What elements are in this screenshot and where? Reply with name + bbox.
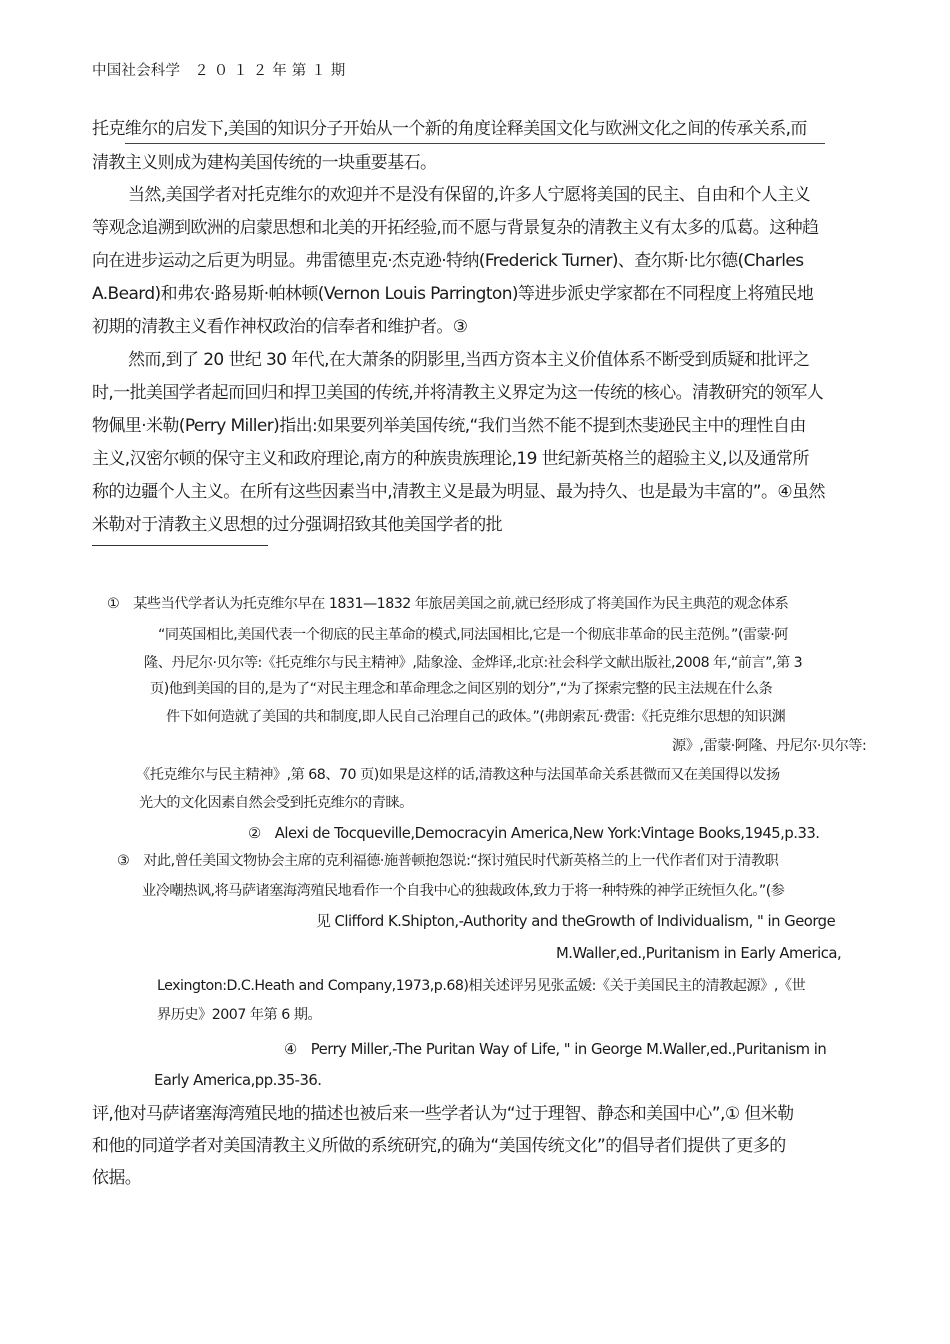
footnote-marker: ④ [284, 1040, 297, 1060]
footnote-line: ④Perry Miller,-The Puritan Way of Life, … [284, 1040, 826, 1060]
footnote-line: M.Waller,ed.,Puritanism in Early America… [556, 944, 841, 964]
body-line: 称的边疆个人主义。在所有这些因素当中,清教主义是最为明显、最为持久、也是最为丰富… [92, 481, 825, 503]
body-line: 和他的同道学者对美国清教主义所做的系统研究,的确为“美国传统文化”的倡导者们提供… [92, 1135, 786, 1157]
body-line: 当然,美国学者对托克维尔的欢迎并不是没有保留的,许多人宁愿将美国的民主、自由和个… [128, 184, 810, 206]
text-underline [125, 143, 825, 144]
footnote-line: 源》,雷蒙·阿隆、丹尼尔·贝尔等: [672, 736, 866, 756]
footnote-line: 见 Clifford K.Shipton,-Authority and theG… [316, 912, 835, 932]
body-line: 托克维尔的启发下,美国的知识分子开始从一个新的角度诠释美国文化与欧洲文化之间的传… [92, 118, 807, 140]
journal-name: 中国社会科学 [92, 63, 180, 79]
footnote-line: Early America,pp.35-36. [154, 1071, 322, 1091]
footnote-line: 《托克维尔与民主精神》,第 68、70 页)如果是这样的话,清教这种与法国革命关… [136, 765, 780, 785]
body-line: 依据。 [92, 1167, 141, 1189]
footnote-marker: ③ [117, 851, 129, 871]
footnote-line: ②Alexi de Tocqueville,Democracyin Americ… [248, 824, 820, 844]
running-header: 中国社会科学２０１２年第１期 [92, 59, 350, 80]
body-line: 清教主义则成为建构美国传统的一块重要基石。 [92, 152, 436, 174]
footnote-line: 光大的文化因素自然会受到托克维尔的青睐。 [139, 793, 413, 813]
footnote-line: 业冷嘲热讽,将马萨诸塞海湾殖民地看作一个自我中心的独裁政体,致力于将一种特殊的神… [142, 881, 784, 901]
footnote-line: ①某些当代学者认为托克维尔早在 1831—1832 年旅居美国之前,就已经形成了… [107, 594, 788, 614]
footnote-line: 隆、丹尼尔·贝尔等:《托克维尔与民主精神》,陆象淦、金烨译,北京:社会科学文献出… [144, 653, 802, 673]
footnote-line: 页)他到美国的目的,是为了“对民主理念和革命理念之间区别的划分”,“为了探索完整… [150, 679, 772, 699]
footnote-line: 件下如何造就了美国的共和制度,即人民自己治理自己的政体。”(弗朗索瓦·费雷:《托… [166, 707, 785, 727]
body-line: 评,他对马萨诸塞海湾殖民地的描述也被后来一些学者认为“过于理智、静态和美国中心”… [92, 1103, 793, 1125]
body-line: 等观念追溯到欧洲的启蒙思想和北美的开拓经验,而不愿与背景复杂的清教主义有太多的瓜… [92, 217, 818, 239]
body-line: 向在进步运动之后更为明显。弗雷德里克·杰克逊·特纳(Frederick Turn… [92, 250, 803, 272]
body-line: 时,一批美国学者起而回归和捍卫美国的传统,并将清教主义界定为这一传统的核心。清教… [92, 382, 823, 404]
body-line: 米勒对于清教主义思想的过分强调招致其他美国学者的批 [92, 514, 502, 536]
body-line: 物佩里·米勒(Perry Miller)指出:如果要列举美国传统,“我们当然不能… [92, 415, 806, 437]
footnote-line: Lexington:D.C.Heath and Company,1973,p.6… [157, 976, 805, 996]
body-line: 主义,汉密尔顿的保守主义和政府理论,南方的种族贵族理论,19 世纪新英格兰的超验… [92, 448, 809, 470]
body-line: 然而,到了 20 世纪 30 年代,在大萧条的阴影里,当西方资本主义价值体系不断… [128, 349, 809, 371]
footnote-separator [92, 545, 268, 546]
footnote-marker: ② [248, 824, 261, 844]
body-line: 初期的清教主义看作神权政治的信奉者和维护者。③ [92, 316, 467, 338]
footnote-line: ③对此,曾任美国文物协会主席的克利福德·施普顿抱怨说:“探讨殖民时代新英格兰的上… [117, 851, 778, 871]
footnote-line: “同英国相比,美国代表一个彻底的民主革命的模式,同法国相比,它是一个彻底非革命的… [158, 625, 788, 645]
issue-number: ２０１２年第１期 [194, 63, 350, 79]
footnote-marker: ① [107, 594, 119, 614]
body-line: A.Beard)和弗农·路易斯·帕林顿(Vernon Louis Parring… [92, 283, 813, 305]
footnote-line: 界历史》2007 年第 6 期。 [157, 1005, 321, 1025]
